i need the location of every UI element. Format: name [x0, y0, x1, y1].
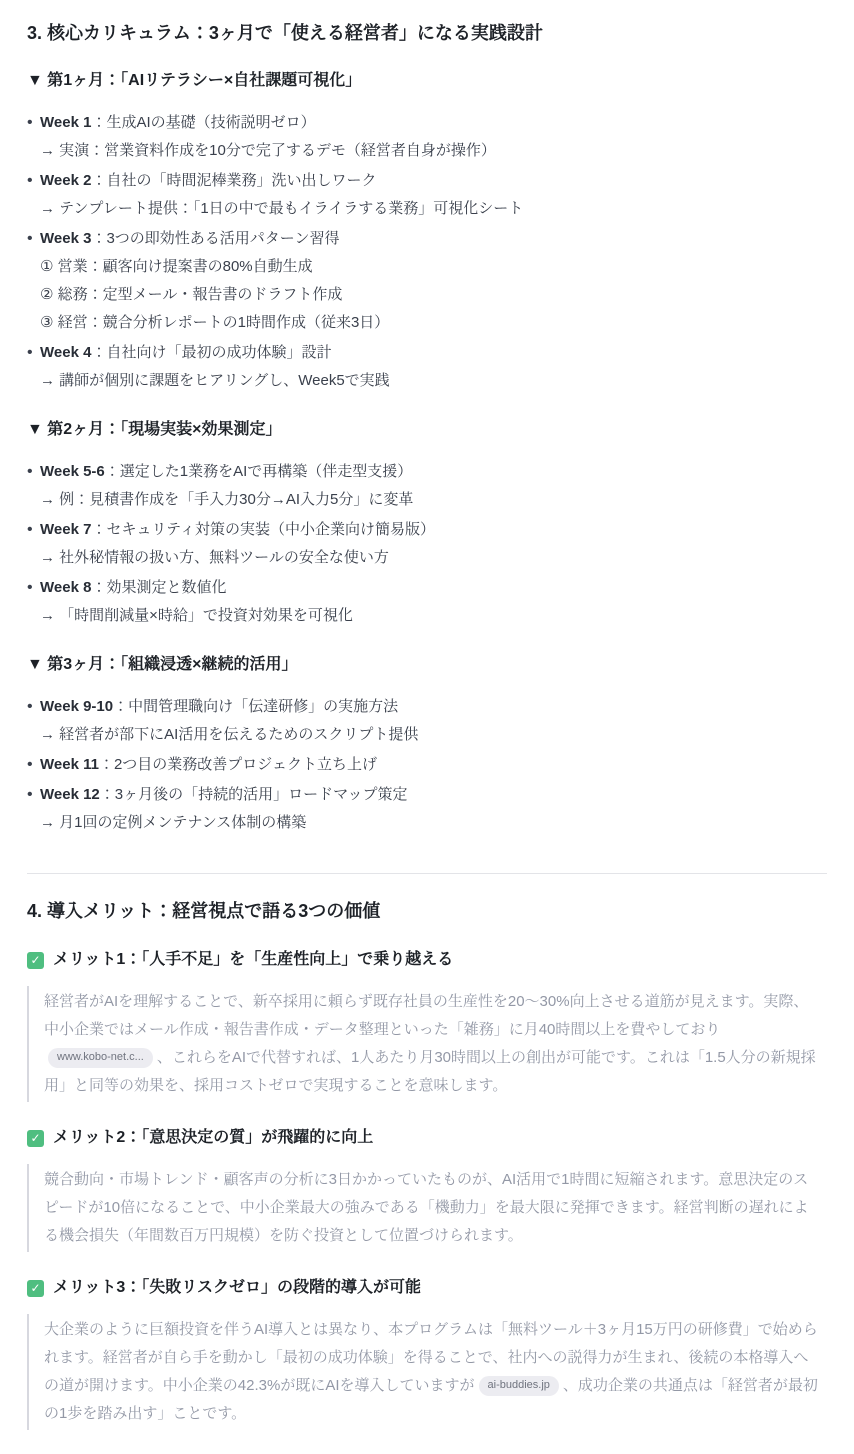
week-text: ：生成AIの基礎（技術説明ゼロ） — [91, 114, 315, 131]
week-subline: → 社外秘情報の扱い方、無料ツールの安全な使い方 — [40, 544, 827, 572]
week-text: ：効果測定と数値化 — [91, 579, 226, 596]
month-heading: ▼ 第1ヶ月：「AIリテラシー×自社課題可視化」 — [27, 69, 827, 93]
week-item: Week 5-6：選定した1業務をAIで再構築（伴走型支援）→ 例：見積書作成を… — [27, 458, 827, 514]
check-icon: ✓ — [27, 1280, 44, 1297]
week-label: Week 2 — [40, 172, 91, 189]
week-line: Week 12：3ヶ月後の「持続的活用」ロードマップ策定 — [40, 781, 827, 809]
week-subline: → 例：見積書作成を「手入力30分→AI入力5分」に変革 — [40, 486, 827, 514]
week-line: Week 11：2つ目の業務改善プロジェクト立ち上げ — [40, 751, 827, 779]
week-text: ：自社の「時間泥棒業務」洗い出しワーク — [91, 172, 376, 189]
week-label: Week 1 — [40, 114, 91, 131]
week-line: Week 4：自社向け「最初の成功体験」設計 — [40, 339, 827, 367]
week-line: Week 8：効果測定と数値化 — [40, 574, 827, 602]
week-item: Week 1：生成AIの基礎（技術説明ゼロ）→ 実演：営業資料作成を10分で完了… — [27, 109, 827, 165]
week-text: ：中間管理職向け「伝達研修」の実施方法 — [113, 698, 398, 715]
week-item: Week 4：自社向け「最初の成功体験」設計→ 講師が個別に課題をヒアリングし、… — [27, 339, 827, 395]
section-3-title: 3. 核心カリキュラム：3ヶ月で「使える経営者」になる実践設計 — [27, 20, 827, 46]
week-item: Week 8：効果測定と数値化→ 「時間削減量×時給」で投資対効果を可視化 — [27, 574, 827, 630]
merit-quote: 競合動向・市場トレンド・顧客声の分析に3日かかっていたものが、AI活用で1時間に… — [27, 1164, 827, 1252]
week-label: Week 12 — [40, 786, 100, 803]
merit-title: メリット3：「失敗リスクゼロ」の段階的導入が可能 — [53, 1276, 421, 1300]
week-list: Week 1：生成AIの基礎（技術説明ゼロ）→ 実演：営業資料作成を10分で完了… — [27, 109, 827, 395]
week-line: Week 7：セキュリティ対策の実装（中小企業向け簡易版） — [40, 516, 827, 544]
quote-text: 競合動向・市場トレンド・顧客声の分析に3日かかっていたものが、AI活用で1時間に… — [44, 1171, 809, 1244]
week-item: Week 2：自社の「時間泥棒業務」洗い出しワーク→ テンプレート提供：「1日の… — [27, 167, 827, 223]
week-label: Week 4 — [40, 344, 91, 361]
merit-quote: 経営者がAIを理解することで、新卒採用に頼らず既存社員の生産性を20〜30%向上… — [27, 986, 827, 1102]
quote-text: 経営者がAIを理解することで、新卒採用に頼らず既存社員の生産性を20〜30%向上… — [44, 993, 808, 1038]
week-line: Week 9-10：中間管理職向け「伝達研修」の実施方法 — [40, 693, 827, 721]
week-text: ：2つ目の業務改善プロジェクト立ち上げ — [99, 756, 377, 773]
week-label: Week 9-10 — [40, 698, 113, 715]
section-divider — [27, 873, 827, 874]
week-subline: → テンプレート提供：「1日の中で最もイライラする業務」可視化シート — [40, 195, 827, 223]
week-subline: → 月1回の定例メンテナンス体制の構築 — [40, 809, 827, 837]
check-icon: ✓ — [27, 952, 44, 969]
week-line: Week 2：自社の「時間泥棒業務」洗い出しワーク — [40, 167, 827, 195]
week-item: Week 12：3ヶ月後の「持続的活用」ロードマップ策定→ 月1回の定例メンテナ… — [27, 781, 827, 837]
week-text: ：3ヶ月後の「持続的活用」ロードマップ策定 — [100, 786, 408, 803]
week-line: Week 1：生成AIの基礎（技術説明ゼロ） — [40, 109, 827, 137]
merit-title: メリット2：「意思決定の質」が飛躍的に向上 — [53, 1126, 373, 1150]
week-text: ：選定した1業務をAIで再構築（伴走型支援） — [105, 463, 413, 480]
week-text: ：セキュリティ対策の実装（中小企業向け簡易版） — [91, 521, 435, 538]
merit-quote: 大企業のように巨額投資を伴うAI導入とは異なり、本プログラムは「無料ツール＋3ヶ… — [27, 1314, 827, 1430]
week-item: Week 9-10：中間管理職向け「伝達研修」の実施方法→ 経営者が部下にAI活… — [27, 693, 827, 749]
week-list: Week 5-6：選定した1業務をAIで再構築（伴走型支援）→ 例：見積書作成を… — [27, 458, 827, 630]
citation-pill[interactable]: www.kobo-net.c... — [48, 1048, 153, 1068]
week-text: ：3つの即効性ある活用パターン習得 — [91, 230, 339, 247]
week-subline: → 経営者が部下にAI活用を伝えるためのスクリプト提供 — [40, 721, 827, 749]
week-text: ：自社向け「最初の成功体験」設計 — [91, 344, 331, 361]
week-label: Week 5-6 — [40, 463, 105, 480]
check-icon: ✓ — [27, 1130, 44, 1147]
quote-text: 、これらをAIで代替すれば、1人あたり月30時間以上の創出が可能です。これは「1… — [44, 1049, 816, 1094]
week-label: Week 8 — [40, 579, 91, 596]
merit-heading: ✓メリット2：「意思決定の質」が飛躍的に向上 — [27, 1126, 827, 1150]
week-subline: → 「時間削減量×時給」で投資対効果を可視化 — [40, 602, 827, 630]
month-heading: ▼ 第2ヶ月：「現場実装×効果測定」 — [27, 418, 827, 442]
week-subline: ② 総務：定型メール・報告書のドラフト作成 — [40, 281, 827, 309]
merit-title: メリット1：「人手不足」を「生産性向上」で乗り越える — [53, 948, 453, 972]
month-heading: ▼ 第3ヶ月：「組織浸透×継続的活用」 — [27, 653, 827, 677]
week-line: Week 3：3つの即効性ある活用パターン習得 — [40, 225, 827, 253]
week-list: Week 9-10：中間管理職向け「伝達研修」の実施方法→ 経営者が部下にAI活… — [27, 693, 827, 837]
week-line: Week 5-6：選定した1業務をAIで再構築（伴走型支援） — [40, 458, 827, 486]
citation-pill[interactable]: ai-buddies.jp — [479, 1376, 559, 1396]
week-label: Week 7 — [40, 521, 91, 538]
week-subline: ① 営業：顧客向け提案書の80%自動生成 — [40, 253, 827, 281]
week-item: Week 11：2つ目の業務改善プロジェクト立ち上げ — [27, 751, 827, 779]
week-label: Week 11 — [40, 756, 99, 773]
week-item: Week 7：セキュリティ対策の実装（中小企業向け簡易版）→ 社外秘情報の扱い方… — [27, 516, 827, 572]
week-subline: → 講師が個別に課題をヒアリングし、Week5で実践 — [40, 367, 827, 395]
section-4-title: 4. 導入メリット：経営視点で語る3つの価値 — [27, 898, 827, 924]
document: 3. 核心カリキュラム：3ヶ月で「使える経営者」になる実践設計 ▼ 第1ヶ月：「… — [0, 0, 854, 1454]
week-subline: → 実演：営業資料作成を10分で完了するデモ（経営者自身が操作） — [40, 137, 827, 165]
merit-heading: ✓メリット3：「失敗リスクゼロ」の段階的導入が可能 — [27, 1276, 827, 1300]
merit-sections: ✓メリット1：「人手不足」を「生産性向上」で乗り越える経営者がAIを理解すること… — [27, 948, 827, 1430]
week-label: Week 3 — [40, 230, 91, 247]
curriculum-months: ▼ 第1ヶ月：「AIリテラシー×自社課題可視化」Week 1：生成AIの基礎（技… — [27, 69, 827, 837]
week-subline: ③ 経営：競合分析レポートの1時間作成（従来3日） — [40, 309, 827, 337]
merit-heading: ✓メリット1：「人手不足」を「生産性向上」で乗り越える — [27, 948, 827, 972]
week-item: Week 3：3つの即効性ある活用パターン習得① 営業：顧客向け提案書の80%自… — [27, 225, 827, 337]
